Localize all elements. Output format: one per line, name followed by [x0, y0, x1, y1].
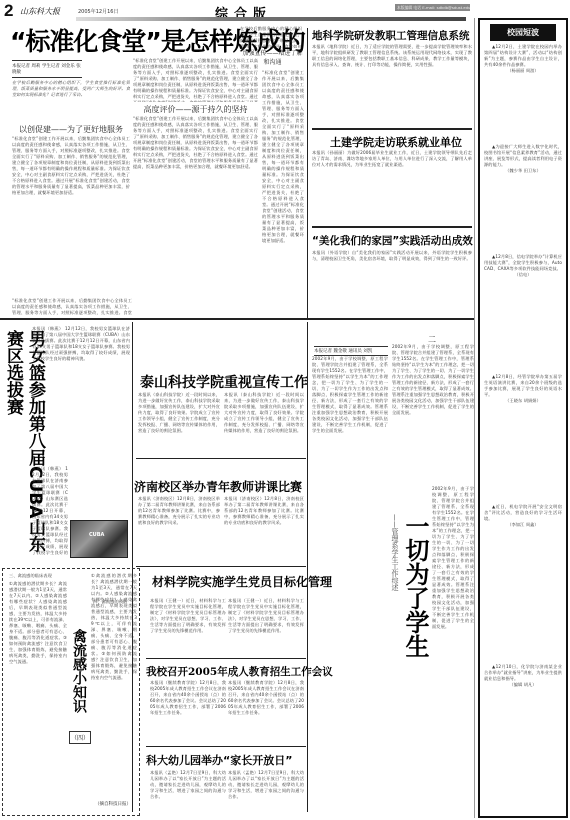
- flu-knowledge-box: 三、禽流感的临床表现 ①禽流感的潜伏期多长？禽流感潜伏期一般为1至3天，通常在7…: [2, 568, 140, 816]
- contact-strip: 本版编辑 电话 E-mail: sdkdb@sdust.edu.cn: [395, 4, 470, 11]
- divider-h: [136, 458, 306, 459]
- lead-intro: 在学校后勤服务中心的精心组织下，学生食堂推行标准化管理，饭菜质量和服务水平明显提…: [12, 80, 130, 122]
- lead-byline: 本报记者 周莉 学生记者 刘金乐 张晓敏: [12, 63, 82, 75]
- feature-byline-box: 本报记者 魏金敬 通讯员 刘凯: [314, 346, 388, 356]
- feature-byline: 本报记者 魏金敬 通讯员 刘凯: [314, 348, 388, 354]
- sidebar-item: ▲近日，机电学院开展“安全文明宿舍”评比活动，营造良好的学习生活环境。（李如江 …: [484, 504, 562, 664]
- masthead: 2 山东科大报 2005年12月16日 综合版 本版编辑 电话 E-mail: …: [0, 0, 470, 20]
- flu-body-col2: ①禽流感的潜伏期多长？禽流感潜伏期一般为1至3天，通常在7天以内。②人感染禽流感…: [91, 573, 137, 799]
- body-cuba-2: 本报讯（韩燕） 12月12日，我校男女篮球队在济南参加了第八届中国大学生篮球联赛…: [32, 466, 68, 556]
- cuba-photo: CUBA: [70, 520, 128, 558]
- divider-h: [312, 128, 472, 130]
- body-taishan-2: 本报讯（泰山科技学院）近一段时间以来，为进一步做好宣传工作，泰山科技学院采取多项…: [224, 392, 304, 454]
- feature-body-col2: 2002年9月，由于学校调整，原工程学院、管理学院合并组建了管理系，全系现有学生…: [392, 344, 474, 484]
- lead-byline-box: 本报记者 周莉 学生记者 刘金乐 张晓敏: [12, 60, 82, 78]
- issue-date: 2005年12月16日: [78, 8, 118, 15]
- body-jinan-2: 本报讯（济南校区）12月8日，济南校区举办了第二届青年教师讲课比赛，来自各系部的…: [224, 496, 304, 546]
- lead-body-col3: “标准化食堂”创建工作开展以来，后勤集团饮食中心全体员工以高度的责任感和使命感，…: [262, 70, 304, 312]
- lead-subhead-1: 以创促建——为了更好地服务: [12, 124, 130, 135]
- divider-v: [474, 18, 475, 818]
- headline-cailiao: 材料学院实施学生党员目标化管理: [152, 573, 332, 590]
- divider-h: [136, 566, 306, 567]
- divider-h: [312, 226, 472, 228]
- sidebar-item: ▲12月8日，信电学院举办“计算机应用技能大赛”，全院学生积极参与，AutoCA…: [484, 254, 562, 374]
- lead-subhead-2: 高度评价——源于持久的坚持: [133, 104, 258, 115]
- body-taishan-1: 本报讯（泰山科技学院）近一段时间以来，为进一步做好宣传工作，泰山科技学院采取多项…: [138, 392, 220, 454]
- feature-body-col3: 2002年9月，由于学校调整，原工程学院、管理学院合并组建了管理系，全系现有学生…: [432, 486, 474, 812]
- feature-body-col1: 2002年9月，由于学校调整，原工程学院、管理学院合并组建了管理系，全系现有学生…: [312, 356, 388, 814]
- lead-subhead-3: 加强宣传——增进了解和沟通: [240, 48, 305, 66]
- paper-name: 山东科大报: [20, 6, 60, 17]
- body-cuba: 本报讯（韩燕） 12月12日，我校男女篮球队在济南参加了第八届中国大学生篮球联赛…: [32, 326, 130, 466]
- sidebar-title: 校园短波: [490, 24, 556, 41]
- page-number: 2: [4, 1, 13, 21]
- flu-series: （四）: [69, 731, 91, 744]
- body-dike: 本报讯（地科学院）近日，为了适应学院的管理需要，进一步提高学院管理效率和水平，地…: [312, 44, 472, 126]
- sidebar-item: ▲12月2日，土建学院在校园内举办第四届“结构设计大赛”，活动以“结构创新”为主…: [484, 44, 562, 144]
- lead-teaser: 在学校后勤服务中心的精心组织下，学生食堂推行标准化管理，饭菜质量和服务水平明显提…: [240, 26, 302, 48]
- body-chengren-1: 本报讯（继续教育学院）12月8日，我校2005年成人教育招生工作会议在济南召开，…: [150, 680, 226, 734]
- lead-body-col1: “标准化食堂”创建工作开展以来，后勤集团饮食中心全体员工以高度的责任感和使命感，…: [12, 136, 130, 312]
- flu-body-col1: ①禽流感的潜伏期多长？禽流感潜伏期一般为1至3天，通常在7天以内。②人感染禽流感…: [9, 581, 67, 809]
- body-cailiao-2: 本报讯（王健一）近日，材料科学与工程学院在学生党员中实施目标化管理，制定了《材料…: [228, 598, 304, 638]
- body-chengren-2: 本报讯（继续教育学院）12月8日，我校2005年成人教育招生工作会议在济南召开，…: [228, 680, 304, 734]
- flu-section-heading: 三、禽流感的临床表现: [9, 573, 69, 579]
- feature-title: 一切为了学生: [402, 514, 428, 658]
- body-youeryuan-2: 本报讯（孟艳）12月7日至9日，科大幼儿园举办了以“家长开放日”为主题的活动，邀…: [228, 770, 304, 816]
- lead-body-col2b: “标准化食堂”创建工作开展以来，后勤集团饮食中心全体员工以高度的责任感和使命感，…: [133, 116, 258, 312]
- divider-h: [0, 318, 474, 320]
- flu-title: 禽流感小知识: [71, 629, 87, 713]
- flu-source: （摘自科技日报）: [95, 801, 131, 807]
- headline-jinan: 济南校区举办青年教师讲课比赛: [134, 478, 302, 495]
- feature-subtitle: ——管理系学生工作综述: [390, 514, 400, 591]
- headline-youeryuan: 科大幼儿园举办“家长开放日”: [146, 752, 292, 768]
- divider-h: [146, 658, 306, 659]
- sidebar-item: ▲12月10日，化学院与济南某企业合作举办“就业指导”讲座，为毕业生提供就业信息…: [484, 664, 562, 814]
- headline-taishan: 泰山科技学院重视宣传工作: [140, 372, 308, 392]
- headline-chengren: 我校召开2005年成人教育招生工作会议: [146, 664, 333, 679]
- sidebar-campus-news: 校园短波 ▲12月2日，土建学院在校园内举办第四届“结构设计大赛”，活动以“结构…: [478, 18, 568, 818]
- divider-v: [307, 28, 308, 318]
- body-tujian: 本报讯（孙丽丽）为做好2006届毕业生就业工作，近日，土建学院领导带队先后走访了…: [312, 150, 472, 194]
- body-meihua: 本报讯（外语学院）自“美化我们的家园”实践活动开展以来，外语学院学生积极参与，清…: [312, 250, 472, 312]
- body-youeryuan-1: 本报讯（孟艳）12月7日至9日，科大幼儿园举办了以“家长开放日”为主题的活动，邀…: [150, 770, 226, 816]
- divider-h: [146, 746, 306, 747]
- headline-tujian: 土建学院走访联系就业单位: [330, 134, 462, 150]
- body-cailiao-1: 本报讯（王健一）近日，材料科学与工程学院在学生党员中实施目标化管理，制定了《材料…: [150, 598, 226, 638]
- sidebar-item: ▲为迎接广大师生进入数字化时代，校图书馆开展“信息素养教育”活动，通过讲座、展览…: [484, 144, 562, 254]
- headline-meihua: “美化我们的家园”实践活动出成效: [312, 233, 473, 248]
- masthead-bar: [76, 17, 466, 21]
- divider-v: [307, 322, 308, 812]
- body-jinan-1: 本报讯（济南校区）12月8日，济南校区举办了第二届青年教师讲课比赛，来自各系部的…: [138, 496, 220, 546]
- headline-dike: 地科学院研发教职工管理信息系统: [312, 28, 470, 43]
- sidebar-item: ▲12月8日，经管学院举办第五届学生英语演讲比赛，来自20余个班级的选手参加比赛…: [484, 374, 562, 504]
- lead-body-tail: “标准化食堂”创建工作开展以来，后勤集团饮食中心全体员工以高度的责任感和使命感，…: [12, 298, 132, 316]
